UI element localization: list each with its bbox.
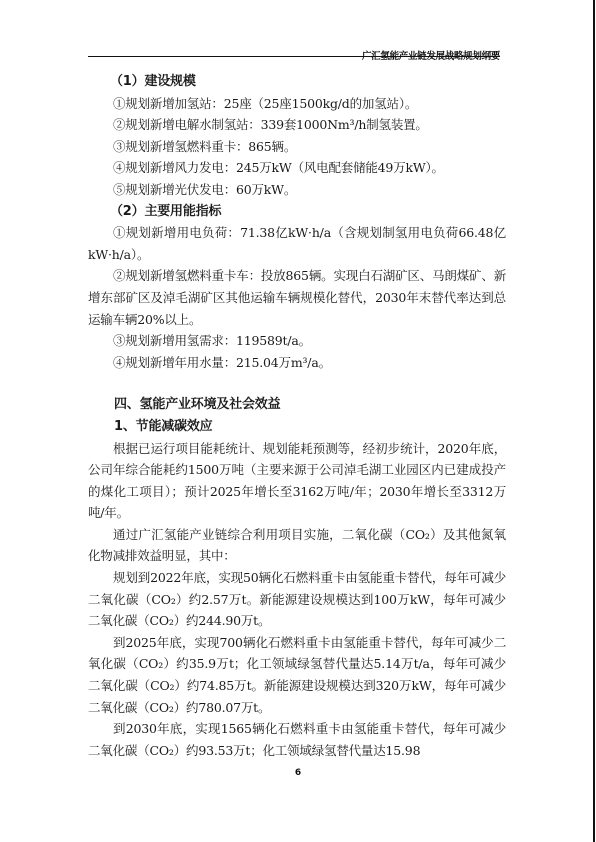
list-item: ①规划新增加氢站：25座（25座1500kg/d的加氢站）。 [88, 93, 506, 115]
list-item: ②规划新增电解水制氢站：339套1000Nm³/h制氢装置。 [88, 114, 506, 136]
list-item: ①规划新增用电负荷：71.38亿kW·h/a（含规划制氢用电负荷66.48亿kW… [88, 222, 506, 265]
body-paragraph: 到2025年底，实现700辆化石燃料重卡由氢能重卡替代，每年可减少二氧化碳（CO… [88, 632, 506, 718]
heading-construction-scale: （1）建设规模 [88, 71, 506, 93]
list-item: ⑤规划新增光伏发电：60万kW。 [88, 179, 506, 201]
header-title: 广汇氢能产业链发展战略规划纲要 [362, 51, 500, 62]
list-item: ④规划新增年用水量：215.04万m³/a。 [88, 352, 506, 374]
list-item: ④规划新增风力发电：245万kW（风电配套储能49万kW）。 [88, 157, 506, 179]
heading-benefits: 四、氢能产业环境及社会效益 [88, 394, 506, 416]
page-number: 6 [0, 768, 596, 778]
list-item: ②规划新增氢燃料重卡车：投放865辆。实现白石湖矿区、马朗煤矿、新增东部矿区及淖… [88, 265, 506, 330]
heading-energy-indicators: （2）主要用能指标 [88, 201, 506, 223]
section-spacer [88, 373, 506, 394]
heading-energy-saving: 1、节能减碳效应 [88, 416, 506, 438]
body-paragraph: 根据已运行项目能耗统计、规划能耗预测等，经初步统计，2020年底，公司年综合能耗… [88, 438, 506, 524]
list-item: ③规划新增用氢需求：119589t/a。 [88, 330, 506, 352]
page-edge-border [593, 0, 595, 842]
list-item: ③规划新增氢燃料重卡：865辆。 [88, 136, 506, 158]
body-paragraph: 规划到2022年底，实现50辆化石燃料重卡由氢能重卡替代，每年可减少二氧化碳（C… [88, 567, 506, 632]
running-header: 广汇氢能产业链发展战略规划纲要 [88, 44, 500, 57]
page-body: （1）建设规模 ①规划新增加氢站：25座（25座1500kg/d的加氢站）。 ②… [88, 71, 506, 761]
body-paragraph: 通过广汇氢能产业链综合利用项目实施，二氧化碳（CO₂）及其他氮氧化物减排效益明显… [88, 524, 506, 567]
body-paragraph: 到2030年底，实现1565辆化石燃料重卡由氢能重卡替代，每年可减少二氧化碳（C… [88, 718, 506, 761]
